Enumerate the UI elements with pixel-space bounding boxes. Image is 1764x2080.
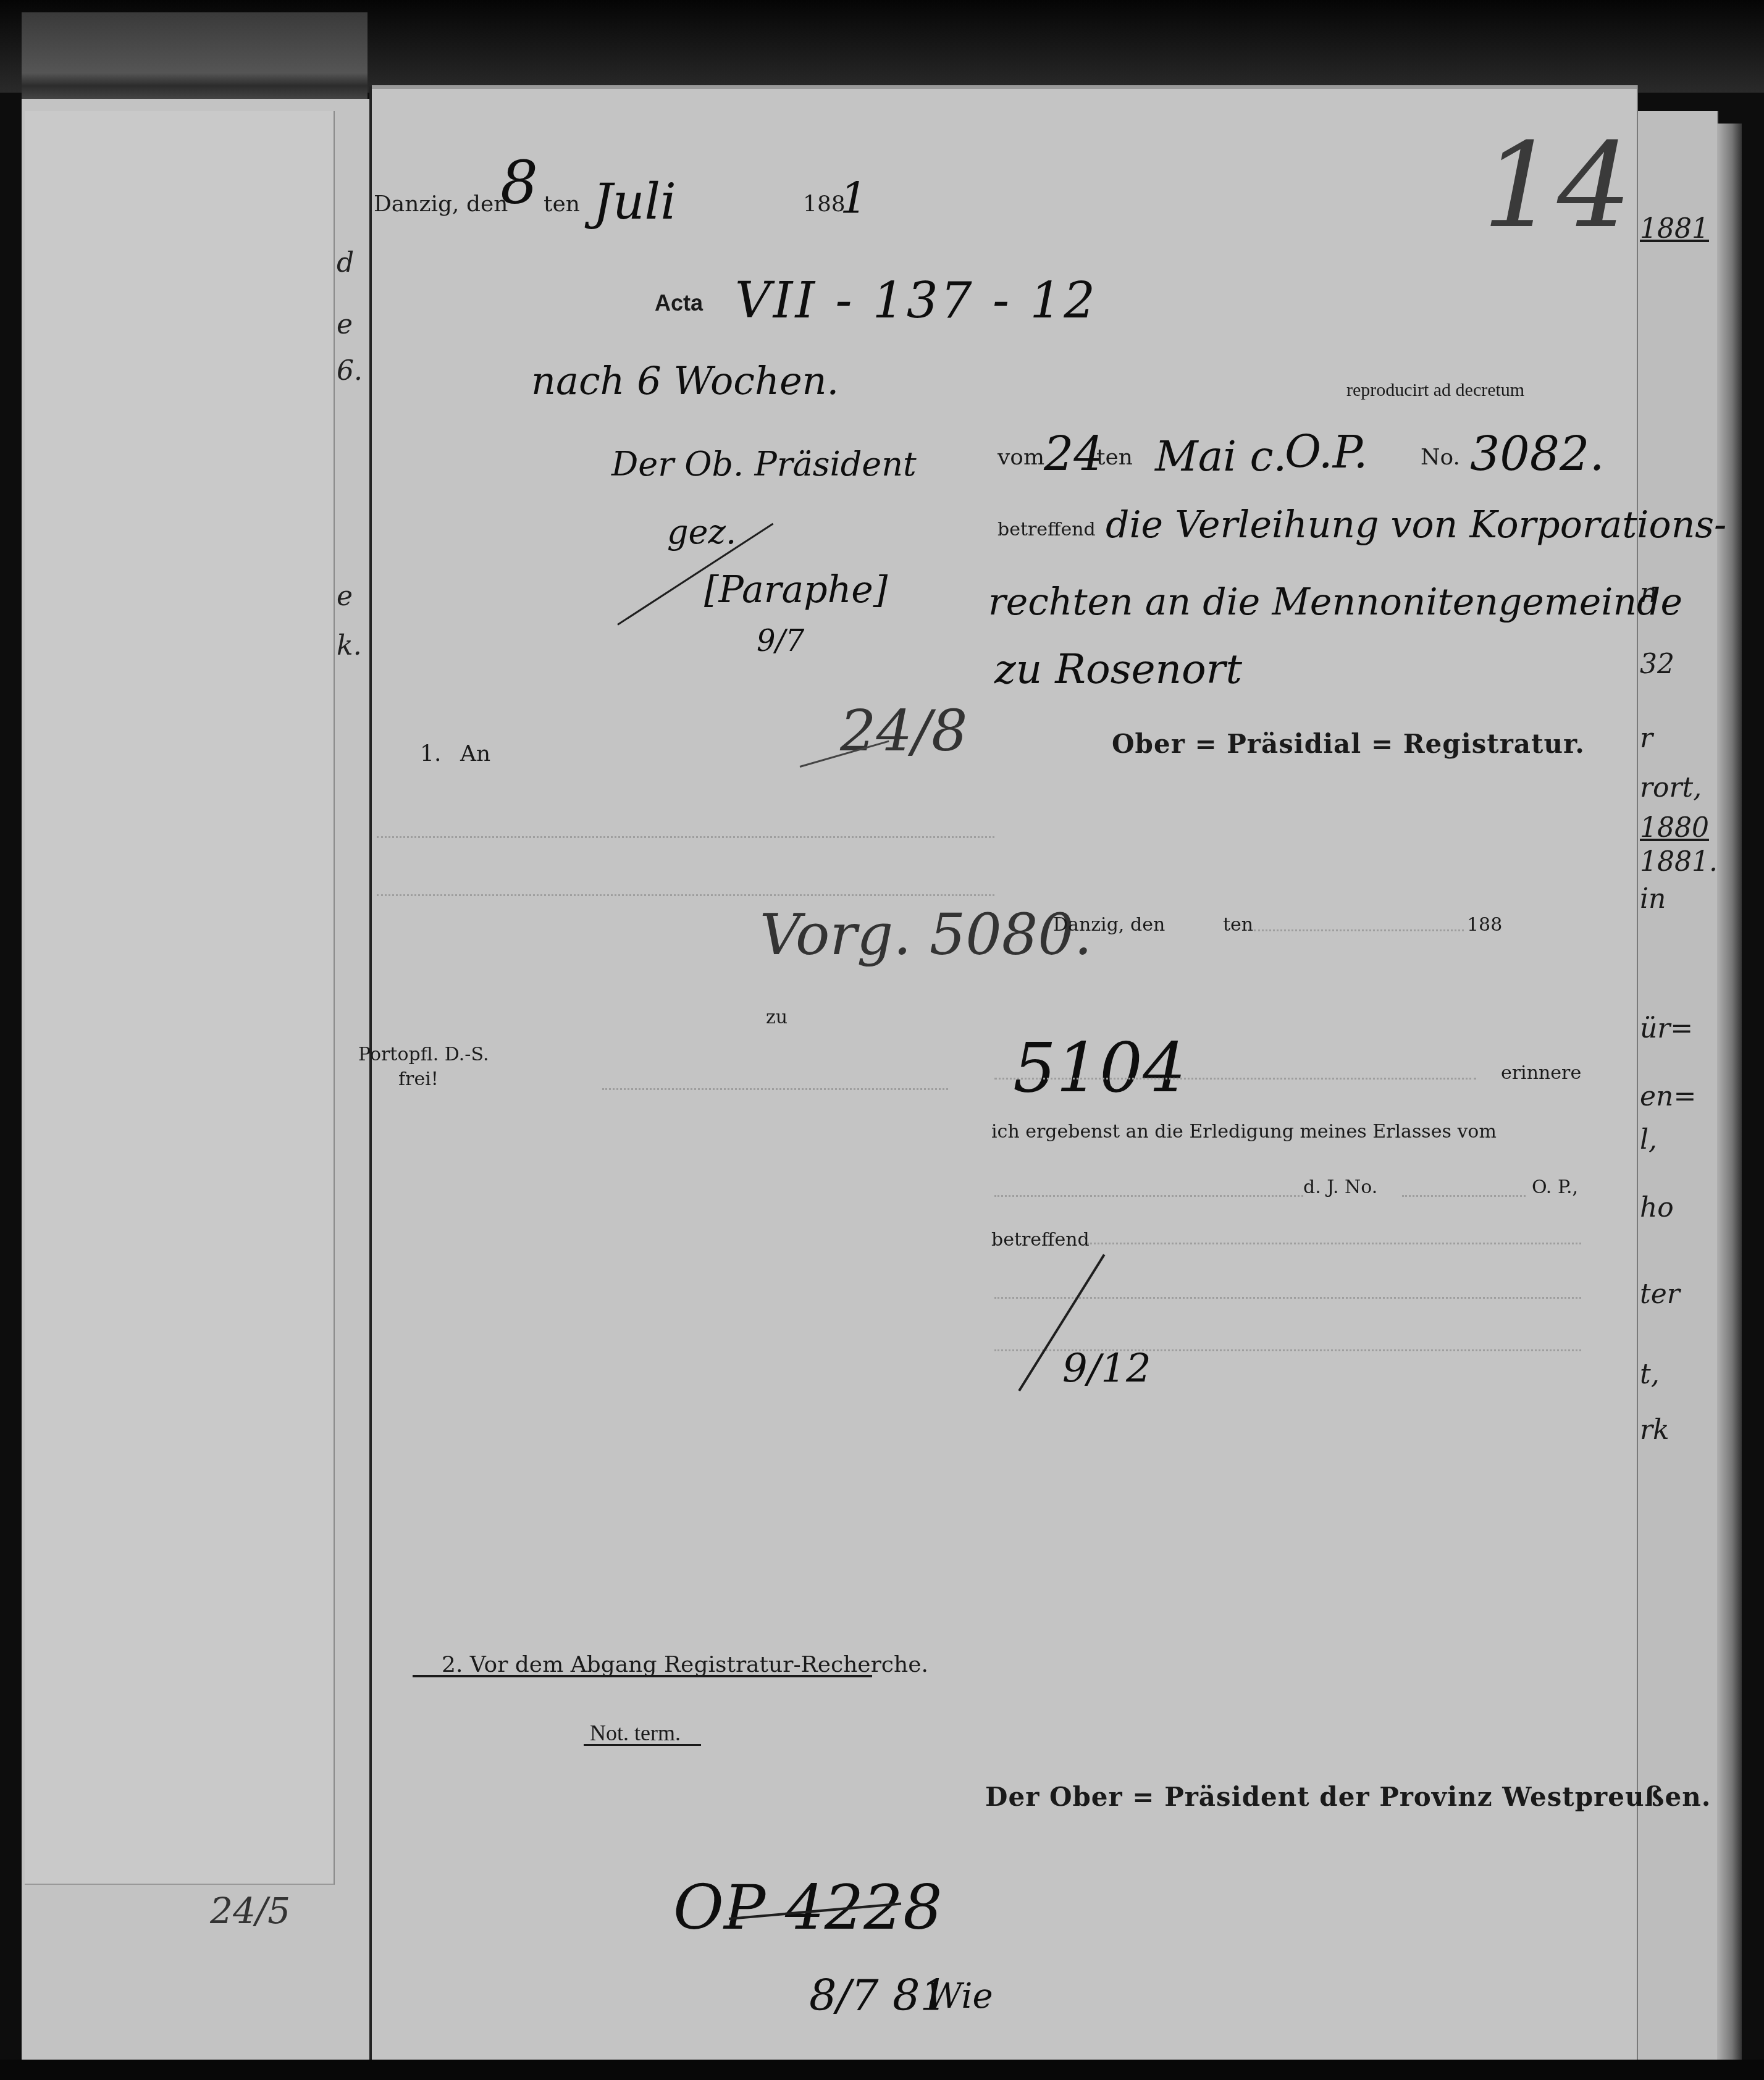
binding-line [369,86,372,2063]
header-place-label: Danzig, den [374,191,508,217]
margin-note-initials: [Paraphe] [704,568,888,611]
reminder-dotted-line [994,1297,1581,1299]
right-page-fragment: t, [1640,1359,1660,1390]
acta-reference: VII - 137 - 12 [735,272,1098,329]
page-top-edge [372,85,1637,89]
right-page-fragment: r [1640,723,1653,754]
reminder-ten-label: ten [1223,914,1253,936]
right-page-fragment: rort, [1640,772,1702,803]
right-page-fragment: ter [1640,1278,1680,1310]
margin-note-line3: gez. [667,513,736,551]
reminder-body: ich ergebenst an die Erledigung meines E… [991,1121,1497,1143]
reminder-dotted-line [1402,1195,1526,1197]
reproduction-no-label: No. [1421,445,1460,470]
recipient-an-label: An [460,741,490,766]
header-day-suffix: ten [544,191,580,217]
right-page-fragment: in [1640,883,1666,915]
pencil-date: 24/8 [840,698,968,764]
margin-note-date: 9/7 [757,624,804,658]
step2-label: 2. Vor dem Abgang Registratur-Recherche. [442,1652,928,1677]
margin-note-line2: Der Ob. Präsident [611,445,917,484]
postage-line2: frei! [398,1068,439,1090]
postage-line1: Portopfl. D.-S. [358,1044,489,1065]
zu-label: zu [766,1007,787,1028]
right-page-fragment: 32 [1640,648,1674,680]
zu-dotted-line [602,1088,948,1090]
reminder-place-label: Danzig, den [1053,914,1165,936]
right-page-fragment: l, [1640,1124,1657,1155]
registratur-heading: Ober = Präsidial = Registratur. [1112,729,1585,759]
recipient-number: 1. [420,741,441,766]
subject-line2: rechten an die Mennonitengemeinde [988,581,1682,624]
not-term-label: Not. term. [590,1720,681,1746]
reminder-dotted-line [994,1078,1476,1080]
signature-block: Der Ober = Präsident der Provinz Westpre… [985,1782,1711,1812]
right-page-fragment: 1881. [1640,846,1718,878]
reproduction-number: 3082. [1470,426,1605,481]
left-page-fragment: d [337,247,354,279]
reproduction-day-suffix: ten [1096,445,1133,470]
footer-op-number: OP 4228 [673,1871,943,1944]
reminder-year-label: 188 [1467,914,1502,936]
right-page-fragment: en= [1640,1081,1696,1112]
right-page-fragment: 1880 [1640,812,1709,844]
scan-frame-bottom [0,2060,1764,2080]
pencil-reference-note: Vorg. 5080. [760,902,1092,968]
reproduction-day: 24 [1044,426,1104,481]
left-page-fragment: k. [337,630,362,661]
right-page-fragment: ho [1640,1192,1674,1223]
right-page-fragment: rk [1640,1414,1669,1446]
reminder-dotted-line [994,1195,1303,1197]
left-footer-note: 24/5 [210,1890,290,1932]
erinnere-label: erinnere [1501,1062,1581,1084]
header-day: 8 [500,148,538,217]
reminder-op: O. P., [1532,1176,1578,1198]
subject-line1: die Verleihung von Korporations- [1106,503,1726,547]
reproduction-month: Mai c. [1155,432,1287,481]
address-dotted-line [377,836,994,838]
subject-label: betreffend [997,519,1096,540]
header-year-prefix: 188 [803,191,846,217]
header-year-suffix: 1 [840,173,868,224]
reminder-betreffend: betreffend [991,1229,1090,1251]
subject-line3: zu Rosenort [994,645,1242,693]
step2-underline [413,1675,872,1677]
address-dotted-line [377,894,994,896]
margin-note-line1: nach 6 Wochen. [531,358,839,403]
left-page-fragment: e [337,581,353,612]
reproduction-label: reproducirt ad decretum [1346,380,1524,401]
folio-number: 14 [1482,117,1632,254]
footer-initials: Wie [926,1976,993,2016]
right-page-edge [1717,124,1742,2063]
zu-number: 5104 [1013,1028,1186,1107]
not-term-underline [584,1744,701,1746]
left-page-inner-panel [25,111,335,1885]
reproduction-op: O.P. [1285,426,1367,478]
right-page-fragment: ür= [1640,1013,1693,1044]
acta-label: Acta [655,290,703,316]
header-month: Juli [593,173,676,230]
reminder-dj-no: d. J. No. [1303,1176,1377,1198]
left-page-fragment: e [337,309,353,340]
reminder-paraphe-date: 9/12 [1062,1346,1151,1392]
reproduction-vom: vom [997,445,1044,470]
left-page-fragment: 6. [337,355,363,387]
reminder-date-dotted [1254,929,1464,931]
reminder-dotted-line [1087,1243,1581,1244]
left-page-top-binding [22,12,367,99]
right-page-fragment: 1881 [1640,213,1709,245]
